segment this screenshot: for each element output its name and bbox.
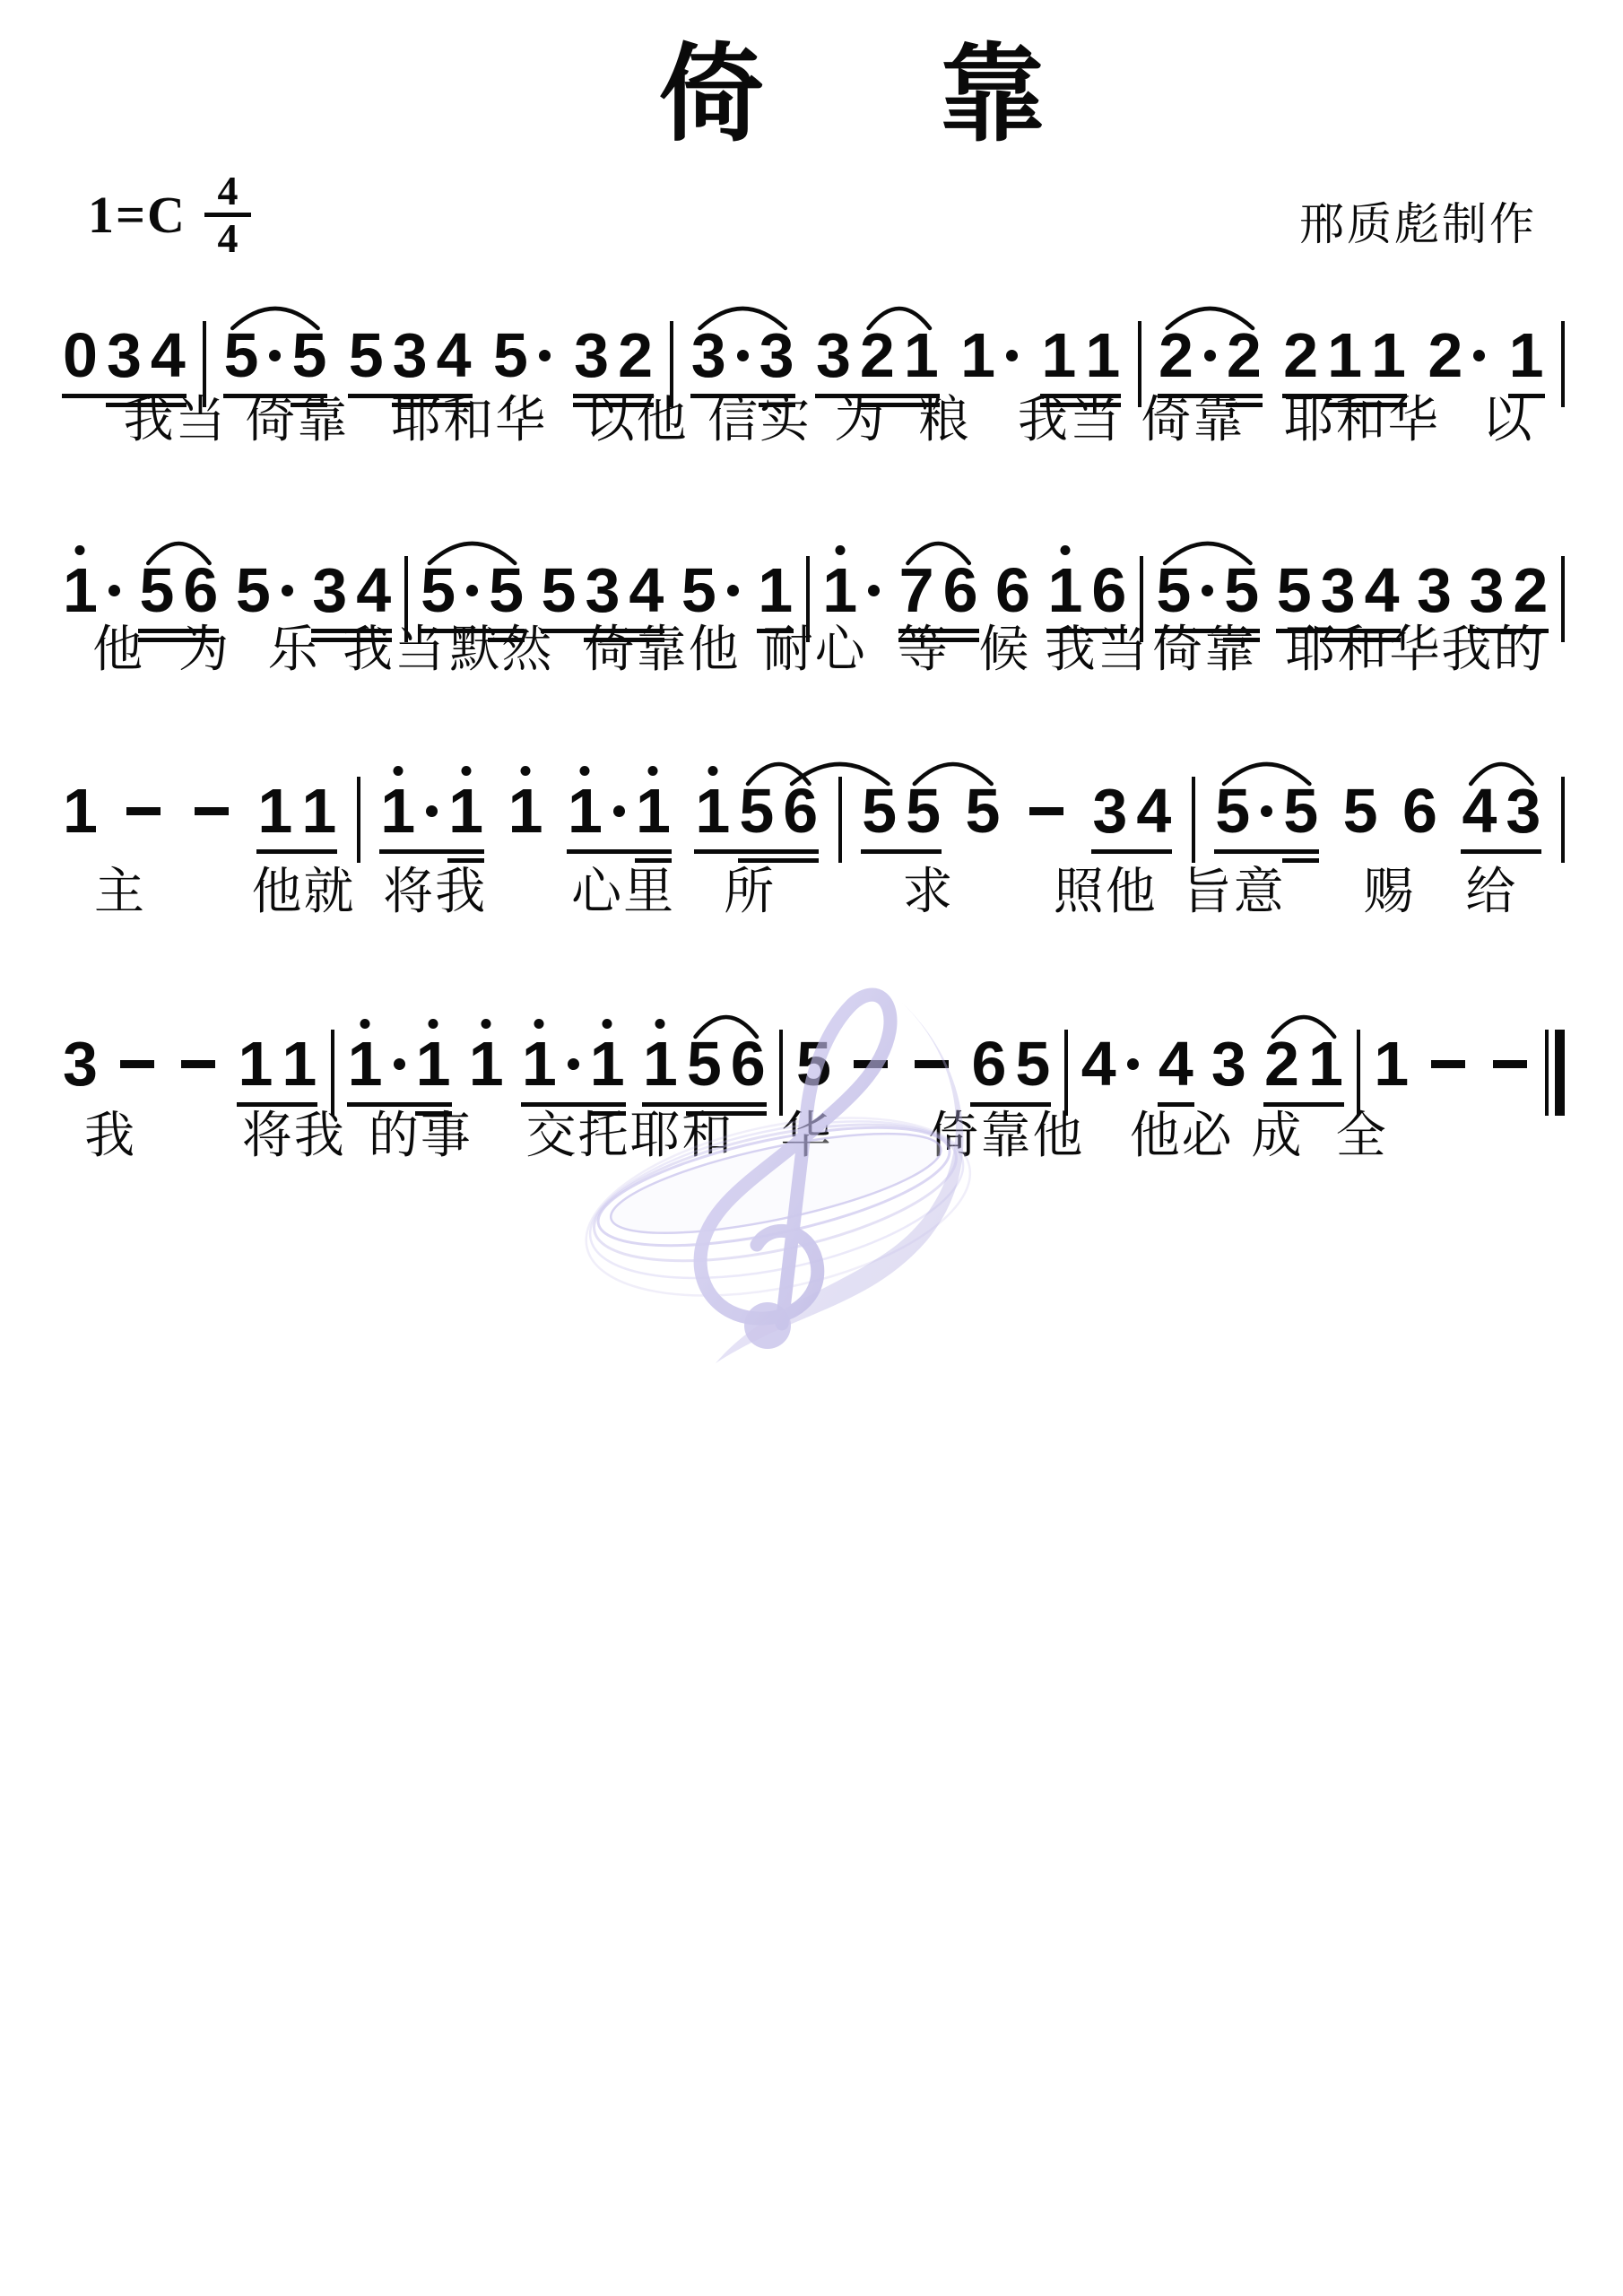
duration-dash [120, 1060, 154, 1068]
note-digit: 1 [469, 1031, 504, 1096]
slur-arc [907, 544, 968, 563]
lyrics-row: 他为乐我当默然倚靠他耐心等候我当倚靠耶和华我的 [0, 610, 1623, 673]
lyric-chunk: 耶和华 [391, 380, 547, 452]
note-digit: 1 [301, 778, 336, 843]
note-digit: 5 [1283, 778, 1318, 843]
beat-cell [1020, 778, 1072, 843]
beat-cell [1545, 1031, 1565, 1096]
note-digit: 1 [1509, 323, 1544, 387]
lyrics-row: 主他就将我心里所求照他旨意赐给 [0, 852, 1623, 915]
beat-cell: 1 [504, 778, 548, 843]
note-digit: 1 [238, 1031, 273, 1096]
duration-dash [126, 807, 161, 815]
augmentation-dot [568, 1058, 579, 1070]
beat-cell: 321 [811, 323, 943, 387]
augmentation-dot [426, 805, 438, 817]
beat-cell: 34 [1088, 778, 1176, 843]
meter-numerator: 4 [217, 172, 238, 210]
barline [357, 777, 360, 863]
beat-cell: 156 [638, 1031, 770, 1096]
beat-cell: 65 [967, 1031, 1055, 1096]
slur-arc [232, 309, 317, 328]
beat-cell: 156 [690, 778, 822, 843]
beat-cell: 22 [1154, 323, 1266, 387]
beat-cell: 1 [464, 1031, 508, 1096]
augmentation-dot [466, 585, 478, 596]
beat-cell [1192, 778, 1195, 843]
lyric-chunk: 他必 [1130, 1096, 1234, 1168]
lyric-chunk: 等 [898, 610, 950, 682]
lyric-chunk: 倚靠他 [585, 610, 741, 682]
note-digit: 5 [687, 1031, 722, 1096]
note-digit: 1 [63, 778, 98, 843]
lyric-chunk: 以他 [585, 380, 689, 452]
lyric-chunk: 的事 [369, 1096, 473, 1168]
lyric-chunk: 赐 [1363, 852, 1415, 924]
note-digit: 5 [1015, 1031, 1050, 1096]
note-digit: 1 [380, 778, 415, 843]
sheet-page: 倚 靠 1=C 4 4 邢质彪制作 0345553453233321111222… [0, 0, 1623, 2296]
lyric-chunk: 全 [1336, 1096, 1388, 1168]
beat-cell: 55 [220, 323, 332, 387]
title-char-1: 倚 [658, 32, 764, 160]
note-digit: 2 [860, 323, 895, 387]
beat-cell: 534 [344, 323, 476, 387]
beat-cell: 5 [961, 778, 1005, 843]
time-signature: 4 4 [204, 172, 251, 257]
lyric-chunk: 照他 [1054, 852, 1158, 924]
notation-row: 03455534532333211112221121 [58, 323, 1565, 387]
lyric-chunk: 候 [978, 610, 1030, 682]
lyric-chunk: 交托耶和 [525, 1096, 733, 1168]
note-digit: 1 [590, 1031, 625, 1096]
slur-arc [869, 309, 930, 328]
note-digit: 1 [1327, 323, 1362, 387]
note-digit: 5 [224, 323, 259, 387]
beat-cell: 034 [58, 323, 190, 387]
beat-cell: 4 [1077, 1031, 1145, 1096]
beat-cell: 1 [956, 323, 1024, 387]
augmentation-dot [868, 585, 880, 596]
beat-cell: 3 [1207, 1031, 1251, 1096]
slur-arcs [58, 746, 1565, 786]
lyric-chunk: 粮 [918, 380, 970, 452]
augmentation-dot [727, 585, 739, 596]
beat-cell: 21 [1260, 1031, 1348, 1096]
slur-arc [430, 544, 515, 563]
beat-cell: 1 [1369, 1031, 1413, 1096]
note-digit: 2 [618, 323, 653, 387]
note-digit: 1 [1371, 323, 1406, 387]
lyric-chunk: 求 [902, 852, 954, 924]
augmentation-dot [737, 350, 749, 361]
augmentation-dot [1473, 350, 1485, 361]
duration-dash [1029, 807, 1063, 815]
beat-cell: 55 [857, 778, 945, 843]
lyric-chunk: 他 [92, 610, 144, 682]
beat-cell: 43 [1457, 778, 1545, 843]
augmentation-dot [613, 805, 625, 817]
note-digit: 3 [816, 323, 851, 387]
beat-cell: 2 [1423, 323, 1491, 387]
beat-cell [111, 1031, 163, 1096]
beat-cell: 5 [1339, 778, 1383, 843]
beat-cell: 11 [253, 778, 341, 843]
beat-cell: 11 [563, 778, 675, 843]
slur-arc [915, 764, 992, 784]
lyric-chunk: 主 [94, 852, 146, 924]
notation-row: 1111111115655534555643 [58, 778, 1565, 843]
note-digit: 3 [393, 323, 428, 387]
lyric-chunk: 倚靠他 [928, 1096, 1084, 1168]
beat-cell: 11 [1037, 323, 1124, 387]
slur-arc [1165, 544, 1251, 563]
lyric-chunk: 他就 [252, 852, 356, 924]
note-digit: 1 [1041, 323, 1076, 387]
slur-arcs [58, 999, 1565, 1039]
beat-cell [172, 1031, 224, 1096]
beat-cell: 11 [376, 778, 488, 843]
lyric-chunk: 我当 [343, 610, 447, 682]
duration-dash [195, 807, 229, 815]
lyric-chunk: 我当 [124, 380, 228, 452]
lyric-chunk: 华 [781, 1096, 833, 1168]
beat-cell [117, 778, 169, 843]
beat-cell: 211 [1279, 323, 1410, 387]
augmentation-dot [1204, 350, 1216, 361]
augmentation-dot [394, 1058, 405, 1070]
lyric-chunk: 倚靠 [245, 380, 349, 452]
beat-cell [357, 778, 360, 843]
slur-arc [1273, 1017, 1334, 1037]
beat-cell: 3 [58, 1031, 102, 1096]
key-label: 1=C [88, 185, 187, 245]
beat-cell [203, 323, 206, 387]
note-digit: 1 [568, 778, 603, 843]
note-digit: 1 [448, 778, 483, 843]
beat-cell: 1 [1505, 323, 1549, 387]
beat-cell: 6 [1398, 778, 1442, 843]
note-digit: 2 [1428, 323, 1462, 387]
note-digit: 1 [257, 778, 292, 843]
beat-cell [1561, 778, 1565, 843]
beat-cell: 32 [569, 323, 657, 387]
note-digit: 1 [522, 1031, 557, 1096]
note-digit: 1 [1374, 1031, 1409, 1096]
note-digit: 6 [1402, 778, 1437, 843]
note-digit: 1 [960, 323, 995, 387]
note-digit: 3 [1211, 1031, 1246, 1096]
beat-cell [1484, 1031, 1536, 1096]
note-digit: 1 [1085, 323, 1120, 387]
lyrics-row: 我当倚靠耶和华以他信实为粮我当倚靠耶和华以 [0, 380, 1623, 443]
barline [1192, 777, 1195, 863]
beat-cell [779, 1031, 783, 1096]
note-digit: 3 [691, 323, 726, 387]
note-digit: 6 [731, 1031, 766, 1096]
note-digit: 1 [348, 1031, 383, 1096]
slur-arc [1224, 764, 1309, 784]
beat-cell: 33 [687, 323, 799, 387]
augmentation-dot [1202, 585, 1213, 596]
beat-cell [906, 1031, 958, 1096]
note-digit: 1 [695, 778, 730, 843]
note-digit: 1 [636, 778, 671, 843]
augmentation-dot [539, 350, 551, 361]
note-digit: 5 [796, 1031, 831, 1096]
note-digit: 4 [151, 323, 186, 387]
lyric-chunk: 成 [1252, 1096, 1304, 1168]
note-digit: 4 [1081, 1031, 1116, 1096]
meter-denominator: 4 [217, 220, 238, 257]
note-digit: 5 [291, 323, 326, 387]
beat-cell [838, 778, 842, 843]
note-digit: 0 [63, 323, 98, 387]
note-digit: 3 [759, 323, 794, 387]
slur-arc [148, 544, 209, 563]
note-digit: 3 [1092, 778, 1127, 843]
note-digit: 2 [1227, 323, 1262, 387]
note-digit: 1 [904, 323, 939, 387]
note-digit: 3 [63, 1031, 98, 1096]
lyric-chunk: 信实 [707, 380, 811, 452]
note-digit: 1 [643, 1031, 678, 1096]
note-digit: 6 [783, 778, 818, 843]
music-line: 1111111115655534555643主他就将我心里所求照他旨意赐给 [58, 778, 1565, 843]
note-digit: 6 [971, 1031, 1006, 1096]
lyric-chunk: 为 [834, 380, 886, 452]
note-digit: 4 [1462, 778, 1497, 843]
augmentation-dot [282, 585, 293, 596]
note-digit: 5 [493, 323, 528, 387]
lyric-chunk: 为 [178, 610, 230, 682]
note-digit: 5 [862, 778, 897, 843]
slur-arc [700, 309, 785, 328]
note-digit: 1 [508, 778, 543, 843]
slur-arc [1167, 309, 1253, 328]
beat-cell [1064, 1031, 1068, 1096]
note-digit: 5 [906, 778, 941, 843]
beat-cell [186, 778, 238, 843]
lyric-chunk: 乐 [268, 610, 320, 682]
duration-dash [1493, 1060, 1527, 1068]
augmentation-dot [108, 585, 120, 596]
note-digit: 1 [416, 1031, 451, 1096]
beat-cell [1138, 323, 1141, 387]
augmentation-dot [1261, 805, 1272, 817]
note-digit: 5 [966, 778, 1001, 843]
duration-dash [854, 1060, 888, 1068]
lyric-chunk: 心里 [571, 852, 675, 924]
duration-dash [181, 1060, 215, 1068]
slur-arcs [58, 291, 1565, 330]
slur-arcs [58, 526, 1565, 565]
note-digit: 4 [1159, 1031, 1193, 1096]
credit-text: 邢质彪制作 [1299, 188, 1537, 253]
beat-cell [1422, 1031, 1474, 1096]
lyric-chunk: 所 [724, 852, 776, 924]
augmentation-dot [1006, 350, 1018, 361]
note-digit: 5 [739, 778, 774, 843]
page-title: 倚 靠 [658, 32, 1045, 160]
slur-arc [748, 764, 810, 784]
clef-ball [744, 1302, 791, 1349]
notation-row: 31111111156565443211 [58, 1031, 1565, 1096]
beat-cell: 4 [1154, 1031, 1198, 1096]
lyric-chunk: 给 [1465, 852, 1517, 924]
lyric-chunk: 以 [1482, 380, 1534, 452]
beat-cell [331, 1031, 334, 1096]
note-digit: 4 [1136, 778, 1171, 843]
title-char-2: 靠 [940, 32, 1046, 160]
lyric-chunk: 旨意 [1182, 852, 1286, 924]
barline [838, 777, 842, 863]
lyric-chunk: 倚靠 [1152, 610, 1256, 682]
beat-cell: 5 [489, 323, 557, 387]
note-digit: 4 [437, 323, 472, 387]
note-digit: 1 [1308, 1031, 1343, 1096]
beat-cell: 11 [517, 1031, 629, 1096]
augmentation-dot [269, 350, 281, 361]
key-signature: 1=C 4 4 [88, 172, 251, 257]
note-digit: 1 [282, 1031, 317, 1096]
beat-cell [1357, 1031, 1360, 1096]
lyric-chunk: 耶和华 [1286, 610, 1442, 682]
music-line: 156534555345117661655534332他为乐我当默然倚靠他耐心等… [58, 558, 1565, 622]
duration-dash [915, 1060, 949, 1068]
lyric-chunk: 我当 [1046, 610, 1150, 682]
lyric-chunk: 默然 [449, 610, 553, 682]
beat-cell: 55 [1211, 778, 1323, 843]
note-digit: 5 [1215, 778, 1250, 843]
note-digit: 2 [1264, 1031, 1299, 1096]
note-digit: 2 [1159, 323, 1193, 387]
music-line: 31111111156565443211我将我的事交托耶和华倚靠他他必成全 [58, 1031, 1565, 1096]
slur-arc [696, 1017, 758, 1037]
note-digit: 3 [1506, 778, 1541, 843]
music-line: 03455534532333211112221121我当倚靠耶和华以他信实为粮我… [58, 323, 1565, 387]
note-digit: 2 [1283, 323, 1318, 387]
slur-arc [1471, 764, 1532, 784]
beat-cell [845, 1031, 897, 1096]
barline [1561, 777, 1565, 863]
beat-cell: 1 [58, 778, 102, 843]
beat-cell: 5 [792, 1031, 836, 1096]
lyric-chunk: 我 [84, 1096, 136, 1168]
lyric-chunk: 耐心 [763, 610, 867, 682]
lyric-chunk: 我的 [1441, 610, 1545, 682]
augmentation-dot [1127, 1058, 1139, 1070]
note-digit: 3 [107, 323, 142, 387]
beat-cell: 11 [343, 1031, 456, 1096]
note-digit: 3 [574, 323, 609, 387]
beat-cell: 11 [233, 1031, 321, 1096]
lyric-chunk: 倚靠 [1141, 380, 1245, 452]
lyric-chunk: 将我 [383, 852, 487, 924]
duration-dash [1431, 1060, 1465, 1068]
beat-cell [1561, 323, 1565, 387]
lyric-chunk: 耶和华 [1284, 380, 1440, 452]
lyric-chunk: 将我 [242, 1096, 346, 1168]
lyric-chunk: 我当 [1018, 380, 1122, 452]
note-digit: 5 [349, 323, 384, 387]
note-digit: 5 [1343, 778, 1378, 843]
lyrics-row: 我将我的事交托耶和华倚靠他他必成全 [0, 1096, 1623, 1159]
beat-cell [670, 323, 673, 387]
